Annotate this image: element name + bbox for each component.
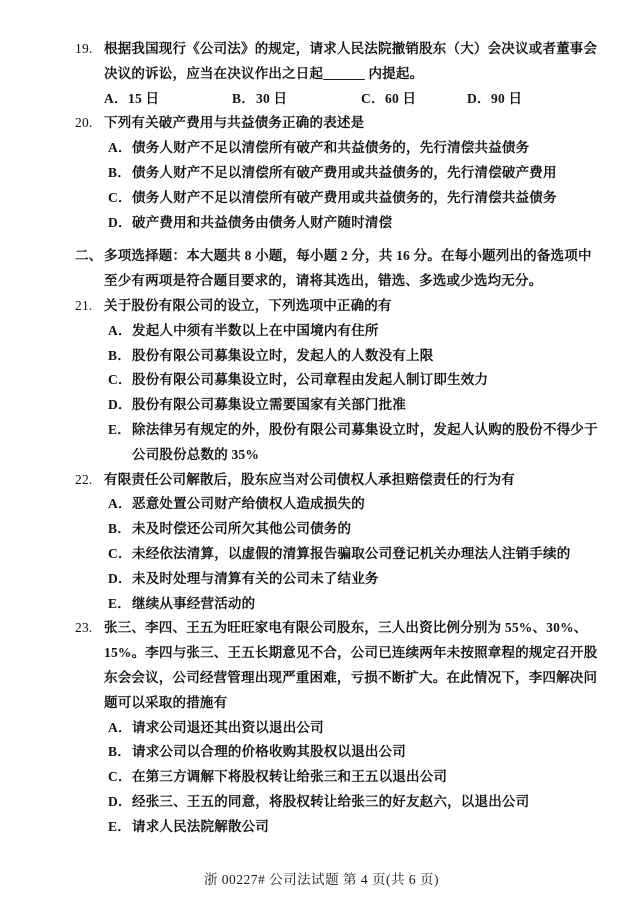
option-c-text: 债务人财产不足以清偿所有破产费用或共益债务的，先行清偿共益债务: [132, 190, 557, 205]
option-c-label: C．: [361, 87, 385, 112]
option-e-text: 继续从事经营活动的: [132, 596, 255, 611]
exam-content: 19.根据我国现行《公司法》的规定，请求人民法院撤销股东（大）会决议或者董事会决…: [0, 0, 643, 840]
question-20-option-a: A．债务人财产不足以清偿所有破产和共益债务的，先行清偿共益债务: [108, 136, 603, 161]
question-23-option-e: E．请求人民法院解散公司: [108, 815, 603, 840]
section-2-header: 二、多项选择题：本大题共 8 小题，每小题 2 分，共 16 分。在每小题列出的…: [75, 244, 603, 294]
option-a-label: A．: [108, 492, 132, 517]
question-23-text: 张三、李四、王五为旺旺家电有限公司股东，三人出资比例分别为 55%、30%、15…: [104, 620, 597, 709]
question-19-option-d: D．90 日: [467, 87, 522, 112]
question-23-option-d: D．经张三、王五的同意，将股权转让给张三的好友赵六，以退出公司: [108, 790, 603, 815]
question-20-stem: 20.下列有关破产费用与共益债务正确的表述是: [75, 111, 603, 136]
question-19-option-c: C．60 日: [361, 87, 467, 112]
question-19-option-a: A．15 日: [104, 87, 232, 112]
option-d-text: 股份有限公司募集设立需要国家有关部门批准: [132, 397, 406, 412]
option-e-label: E．: [108, 418, 132, 443]
option-c-label: C．: [108, 765, 132, 790]
option-c-label: C．: [108, 542, 132, 567]
option-e-label: E．: [108, 815, 132, 840]
option-e-label: E．: [108, 592, 132, 617]
section-2-marker: 二、: [75, 244, 104, 269]
option-a-text: 债务人财产不足以清偿所有破产和共益债务的，先行清偿共益债务: [132, 140, 529, 155]
question-22-option-a: A．恶意处置公司财产给债权人造成损失的: [108, 492, 603, 517]
question-23-option-b: B．请求公司以合理的价格收购其股权以退出公司: [108, 740, 603, 765]
question-21-number: 21.: [75, 294, 104, 319]
option-c-text: 未经依法清算，以虚假的清算报告骗取公司登记机关办理法人注销手续的: [132, 546, 570, 561]
option-b-label: B．: [108, 161, 132, 186]
question-23: 23.张三、李四、王五为旺旺家电有限公司股东，三人出资比例分别为 55%、30%…: [75, 616, 603, 839]
option-d-text: 破产费用和共益债务由债务人财产随时清偿: [132, 215, 392, 230]
option-a-label: A．: [104, 87, 128, 112]
option-b-label: B．: [232, 87, 256, 112]
question-20-number: 20.: [75, 111, 104, 136]
option-c-label: C．: [108, 186, 132, 211]
option-a-label: A．: [108, 319, 132, 344]
option-a-text: 恶意处置公司财产给债权人造成损失的: [132, 496, 365, 511]
page-footer: 浙 00227# 公司法试题 第 4 页(共 6 页): [0, 868, 643, 888]
question-19-option-b: B．30 日: [232, 87, 361, 112]
option-e-text: 除法律另有规定的外，股份有限公司募集设立时，发起人认购的股份不得少于公司股份总数…: [132, 422, 598, 462]
option-b-label: B．: [108, 740, 132, 765]
option-d-text: 未及时处理与清算有关的公司未了结业务: [132, 571, 379, 586]
question-22-option-b: B．未及时偿还公司所欠其他公司债务的: [108, 517, 603, 542]
option-b-text: 债务人财产不足以清偿所有破产费用或共益债务的，先行清偿破产费用: [132, 165, 557, 180]
question-21: 21.关于股份有限公司的设立，下列选项中正确的有 A．发起人中须有半数以上在中国…: [75, 294, 603, 468]
question-21-text: 关于股份有限公司的设立，下列选项中正确的有: [104, 298, 392, 313]
option-d-label: D．: [108, 790, 132, 815]
question-22: 22.有限责任公司解散后，股东应当对公司债权人承担赔偿责任的行为有 A．恶意处置…: [75, 468, 603, 617]
question-19-number: 19.: [75, 37, 104, 62]
option-b-text: 股份有限公司募集设立时，发起人的人数没有上限: [132, 348, 433, 363]
option-d-text: 经张三、王五的同意，将股权转让给张三的好友赵六，以退出公司: [132, 794, 529, 809]
question-19-stem: 19.根据我国现行《公司法》的规定，请求人民法院撤销股东（大）会决议或者董事会决…: [75, 37, 603, 87]
option-d-text: 90 日: [491, 91, 522, 106]
option-b-text: 30 日: [256, 91, 287, 106]
question-22-option-d: D．未及时处理与清算有关的公司未了结业务: [108, 567, 603, 592]
option-e-text: 请求人民法院解散公司: [132, 819, 269, 834]
option-b-text: 请求公司以合理的价格收购其股权以退出公司: [132, 744, 406, 759]
option-d-label: D．: [108, 211, 132, 236]
question-23-option-a: A．请求公司退还其出资以退出公司: [108, 716, 603, 741]
question-22-stem: 22.有限责任公司解散后，股东应当对公司债权人承担赔偿责任的行为有: [75, 468, 603, 493]
option-d-label: D．: [467, 87, 491, 112]
option-a-label: A．: [108, 716, 132, 741]
question-21-option-b: B．股份有限公司募集设立时，发起人的人数没有上限: [108, 344, 603, 369]
question-23-option-c: C．在第三方调解下将股权转让给张三和王五以退出公司: [108, 765, 603, 790]
option-a-text: 发起人中须有半数以上在中国境内有住所: [132, 323, 379, 338]
option-a-text: 15 日: [128, 91, 159, 106]
question-21-option-c: C．股份有限公司募集设立时，公司章程由发起人制订即生效力: [108, 368, 603, 393]
option-c-label: C．: [108, 368, 132, 393]
question-22-option-e: E．继续从事经营活动的: [108, 592, 603, 617]
question-20: 20.下列有关破产费用与共益债务正确的表述是 A．债务人财产不足以清偿所有破产和…: [75, 111, 603, 235]
question-20-text: 下列有关破产费用与共益债务正确的表述是: [104, 115, 364, 130]
question-19-text: 根据我国现行《公司法》的规定，请求人民法院撤销股东（大）会决议或者董事会决议的诉…: [104, 41, 597, 81]
question-21-option-e: E．除法律另有规定的外，股份有限公司募集设立时，发起人认购的股份不得少于公司股份…: [108, 418, 603, 468]
option-c-text: 60 日: [385, 91, 416, 106]
option-d-label: D．: [108, 567, 132, 592]
option-b-label: B．: [108, 344, 132, 369]
option-b-label: B．: [108, 517, 132, 542]
section-2-instructions: 多项选择题：本大题共 8 小题，每小题 2 分，共 16 分。在每小题列出的备选…: [104, 248, 592, 288]
question-23-stem: 23.张三、李四、王五为旺旺家电有限公司股东，三人出资比例分别为 55%、30%…: [75, 616, 603, 715]
question-21-stem: 21.关于股份有限公司的设立，下列选项中正确的有: [75, 294, 603, 319]
question-23-number: 23.: [75, 616, 104, 641]
question-20-option-c: C．债务人财产不足以清偿所有破产费用或共益债务的，先行清偿共益债务: [108, 186, 603, 211]
question-21-option-a: A．发起人中须有半数以上在中国境内有住所: [108, 319, 603, 344]
question-20-option-b: B．债务人财产不足以清偿所有破产费用或共益债务的，先行清偿破产费用: [108, 161, 603, 186]
option-c-text: 股份有限公司募集设立时，公司章程由发起人制订即生效力: [132, 372, 488, 387]
option-a-text: 请求公司退还其出资以退出公司: [132, 720, 324, 735]
exam-page: 19.根据我国现行《公司法》的规定，请求人民法院撤销股东（大）会决议或者董事会决…: [0, 0, 643, 924]
question-22-number: 22.: [75, 468, 104, 493]
option-c-text: 在第三方调解下将股权转让给张三和王五以退出公司: [132, 769, 447, 784]
option-d-label: D．: [108, 393, 132, 418]
option-b-text: 未及时偿还公司所欠其他公司债务的: [132, 521, 351, 536]
question-22-text: 有限责任公司解散后，股东应当对公司债权人承担赔偿责任的行为有: [104, 472, 515, 487]
question-22-option-c: C．未经依法清算，以虚假的清算报告骗取公司登记机关办理法人注销手续的: [108, 542, 603, 567]
question-21-option-d: D．股份有限公司募集设立需要国家有关部门批准: [108, 393, 603, 418]
option-a-label: A．: [108, 136, 132, 161]
question-20-option-d: D．破产费用和共益债务由债务人财产随时清偿: [108, 211, 603, 236]
question-19-options: A．15 日B．30 日C．60 日D．90 日: [104, 87, 603, 112]
question-19: 19.根据我国现行《公司法》的规定，请求人民法院撤销股东（大）会决议或者董事会决…: [75, 37, 603, 111]
